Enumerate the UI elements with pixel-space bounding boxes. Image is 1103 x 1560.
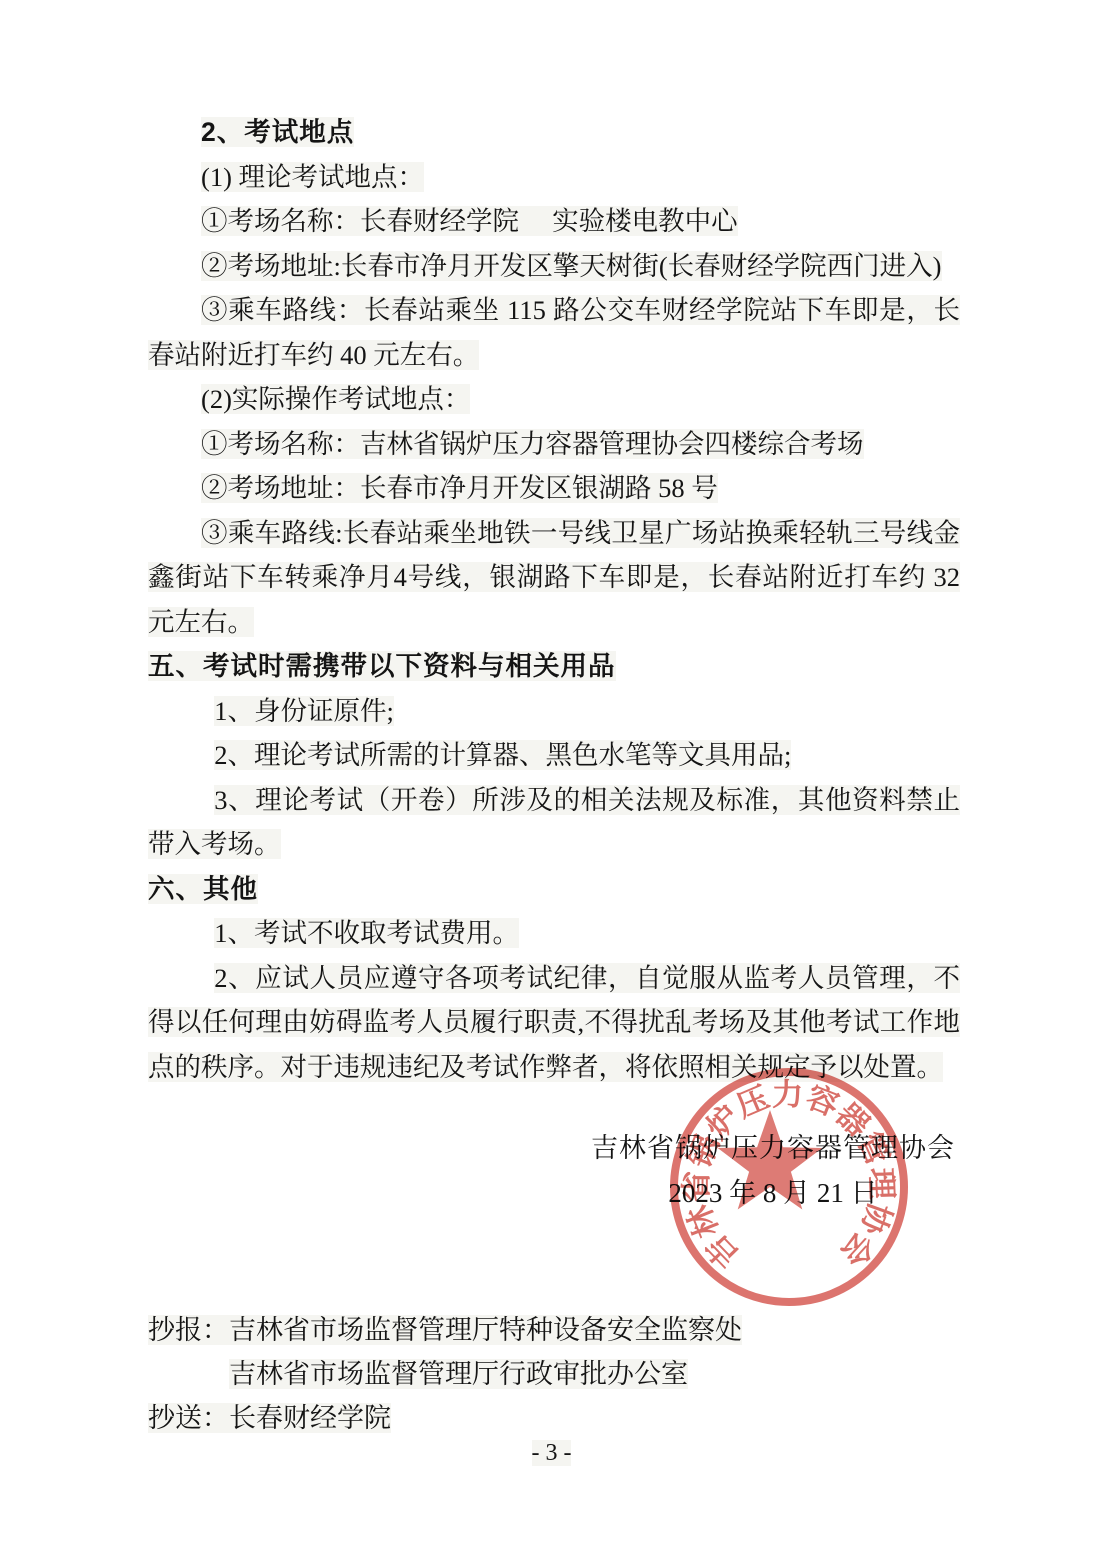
section-heading: 六、其他: [148, 867, 960, 912]
paragraph: ③乘车路线：长春站乘坐 115 路公交车财经学院站下车即是，长春站附近打车约 4…: [148, 288, 960, 377]
paragraph: ①考场名称：长春财经学院 实验楼电教中心: [148, 199, 960, 244]
paragraph: 2、应试人员应遵守各项考试纪律，自觉服从监考人员管理，不得以任何理由妨碍监考人员…: [148, 956, 960, 1090]
document-body: 2、考试地点 (1) 理论考试地点： ①考场名称：长春财经学院 实验楼电教中心 …: [148, 110, 960, 1089]
cc-report-line-2: 吉林省市场监督管理厅行政审批办公室: [148, 1352, 742, 1396]
paragraph: ②考场地址：长春市净月开发区银湖路 58 号: [148, 466, 960, 511]
document-page: 2、考试地点 (1) 理论考试地点： ①考场名称：长春财经学院 实验楼电教中心 …: [0, 0, 1103, 1560]
page-number: - 3 -: [0, 1440, 1103, 1467]
paragraph: ②考场地址:长春市净月开发区擎天树街(长春财经学院西门进入): [148, 244, 960, 289]
section-heading: 五、考试时需携带以下资料与相关用品: [148, 644, 960, 689]
cc-send-line: 抄送：长春财经学院: [148, 1396, 742, 1440]
cc-report-line: 抄报：吉林省市场监督管理厅特种设备安全监察处: [148, 1308, 742, 1352]
footer-cc-block: 抄报：吉林省市场监督管理厅特种设备安全监察处 吉林省市场监督管理厅行政审批办公室…: [148, 1308, 742, 1440]
paragraph: (2)实际操作考试地点：: [148, 377, 960, 422]
paragraph: ①考场名称：吉林省锅炉压力容器管理协会四楼综合考场: [148, 422, 960, 467]
signature-date: 2023 年 8 月 21 日: [591, 1171, 955, 1216]
paragraph: (1) 理论考试地点：: [148, 155, 960, 200]
list-item: 1、身份证原件;: [148, 689, 960, 734]
list-item: 1、考试不收取考试费用。: [148, 911, 960, 956]
list-item: 3、理论考试（开卷）所涉及的相关法规及标准，其他资料禁止带入考场。: [148, 778, 960, 867]
list-item: 2、理论考试所需的计算器、黑色水笔等文具用品;: [148, 733, 960, 778]
section-heading: 2、考试地点: [148, 110, 960, 155]
paragraph: ③乘车路线:长春站乘坐地铁一号线卫星广场站换乘轻轨三号线金鑫街站下车转乘净月4号…: [148, 511, 960, 645]
signature-block: 吉林省锅炉压力容器管理协会 2023 年 8 月 21 日: [591, 1126, 955, 1216]
signature-organization: 吉林省锅炉压力容器管理协会: [591, 1126, 955, 1171]
